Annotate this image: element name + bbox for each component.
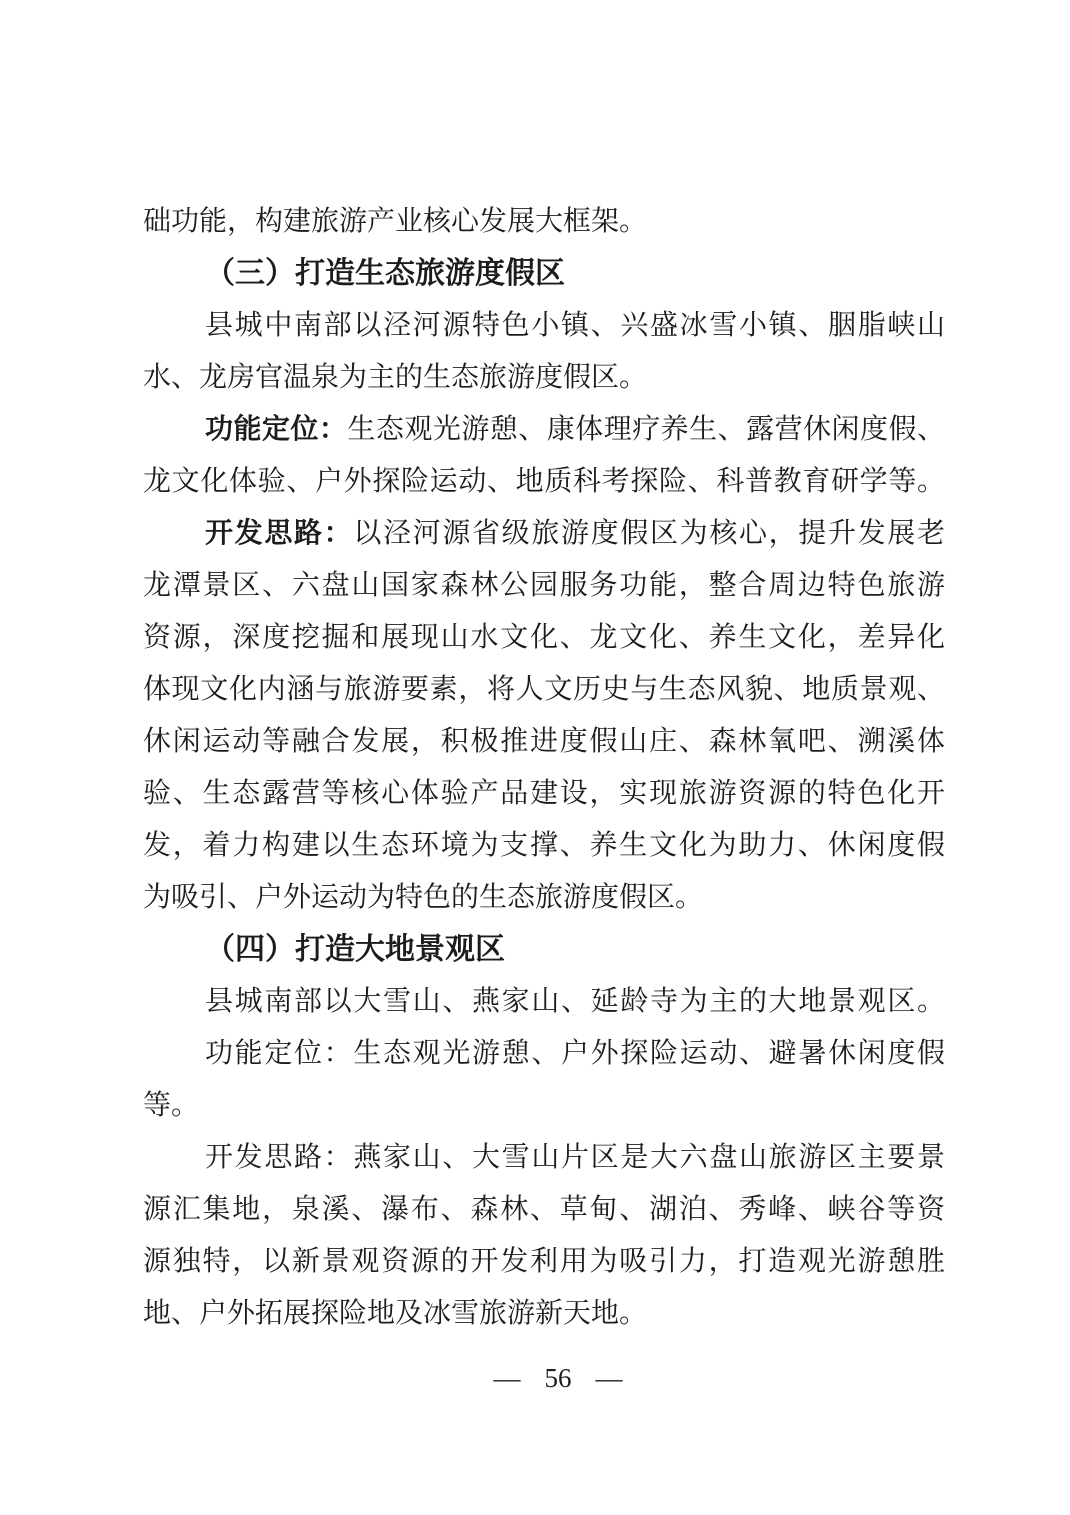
text-segment: 地、户外拓展探险地及冰雪旅游新天地。	[143, 1298, 647, 1329]
text-line: 源独特，以新景观资源的开发利用为吸引力，打造观光游憩胜	[143, 1236, 945, 1288]
text-line: 为吸引、户外运动为特色的生态旅游度假区。	[143, 872, 945, 924]
text-line: 龙潭景区、六盘山国家森林公园服务功能，整合周边特色旅游	[143, 560, 945, 612]
bold-segment: （三）打造生态旅游度假区	[205, 257, 565, 290]
heading-section-3: （三）打造生态旅游度假区	[143, 248, 945, 300]
text-segment: 为吸引、户外运动为特色的生态旅游度假区。	[143, 882, 703, 913]
text-line: 础功能，构建旅游产业核心发展大框架。	[143, 196, 945, 248]
text-segment: 以泾河源省级旅游度假区为核心，提升发展老	[353, 518, 945, 549]
bold-segment: （四）打造大地景观区	[205, 933, 505, 966]
text-segment: 源汇集地，泉溪、瀑布、森林、草甸、湖泊、秀峰、峡谷等资	[143, 1194, 945, 1225]
text-line: 功能定位：生态观光游憩、康体理疗养生、露营休闲度假、	[143, 404, 945, 456]
text-line: 开发思路：以泾河源省级旅游度假区为核心，提升发展老	[143, 508, 945, 560]
text-segment: 生态观光游憩、康体理疗养生、露营休闲度假、	[347, 414, 945, 445]
text-segment: 资源，深度挖掘和展现山水文化、龙文化、养生文化，差异化	[143, 622, 945, 653]
text-line: 资源，深度挖掘和展现山水文化、龙文化、养生文化，差异化	[143, 612, 945, 664]
footer-dash-left: —	[494, 1363, 521, 1393]
text-segment: 休闲运动等融合发展，积极推进度假山庄、森林氧吧、溯溪体	[143, 726, 945, 757]
text-line: 发，着力构建以生态环境为支撑、养生文化为助力、休闲度假	[143, 820, 945, 872]
document-page: 础功能，构建旅游产业核心发展大框架。（三）打造生态旅游度假区县城中南部以泾河源特…	[0, 0, 1070, 1515]
page-footer: —56—	[0, 1362, 1070, 1394]
heading-section-4: （四）打造大地景观区	[143, 924, 945, 976]
text-segment: 发，着力构建以生态环境为支撑、养生文化为助力、休闲度假	[143, 830, 945, 861]
text-line: 等。	[143, 1080, 945, 1132]
text-segment: 县城中南部以泾河源特色小镇、兴盛冰雪小镇、胭脂峡山	[205, 310, 945, 341]
text-segment: 县城南部以大雪山、燕家山、延龄寺为主的大地景观区。	[205, 986, 945, 1017]
text-segment: 龙潭景区、六盘山国家森林公园服务功能，整合周边特色旅游	[143, 570, 945, 601]
bold-segment: 功能定位：	[205, 414, 347, 445]
text-line: 水、龙房官温泉为主的生态旅游度假区。	[143, 352, 945, 404]
text-line: 县城中南部以泾河源特色小镇、兴盛冰雪小镇、胭脂峡山	[143, 300, 945, 352]
bold-segment: 开发思路：	[205, 518, 353, 549]
text-line: 开发思路：燕家山、大雪山片区是大六盘山旅游区主要景	[143, 1132, 945, 1184]
text-segment: 体现文化内涵与旅游要素，将人文历史与生态风貌、地质景观、	[143, 674, 945, 705]
text-segment: 等。	[143, 1090, 199, 1121]
text-line: 地、户外拓展探险地及冰雪旅游新天地。	[143, 1288, 945, 1340]
document-body: 础功能，构建旅游产业核心发展大框架。（三）打造生态旅游度假区县城中南部以泾河源特…	[143, 196, 945, 1340]
text-segment: 开发思路：燕家山、大雪山片区是大六盘山旅游区主要景	[205, 1142, 945, 1173]
text-segment: 础功能，构建旅游产业核心发展大框架。	[143, 206, 647, 237]
text-segment: 龙文化体验、户外探险运动、地质科考探险、科普教育研学等。	[143, 466, 945, 497]
text-line: 体现文化内涵与旅游要素，将人文历史与生态风貌、地质景观、	[143, 664, 945, 716]
text-segment: 水、龙房官温泉为主的生态旅游度假区。	[143, 362, 647, 393]
page-number: 56	[545, 1363, 572, 1393]
text-line: 休闲运动等融合发展，积极推进度假山庄、森林氧吧、溯溪体	[143, 716, 945, 768]
text-line: 源汇集地，泉溪、瀑布、森林、草甸、湖泊、秀峰、峡谷等资	[143, 1184, 945, 1236]
text-segment: 源独特，以新景观资源的开发利用为吸引力，打造观光游憩胜	[143, 1246, 945, 1277]
text-segment: 功能定位：生态观光游憩、户外探险运动、避暑休闲度假	[205, 1038, 945, 1069]
footer-dash-right: —	[596, 1363, 623, 1393]
text-line: 县城南部以大雪山、燕家山、延龄寺为主的大地景观区。	[143, 976, 945, 1028]
text-line: 功能定位：生态观光游憩、户外探险运动、避暑休闲度假	[143, 1028, 945, 1080]
text-line: 龙文化体验、户外探险运动、地质科考探险、科普教育研学等。	[143, 456, 945, 508]
text-line: 验、生态露营等核心体验产品建设，实现旅游资源的特色化开	[143, 768, 945, 820]
text-segment: 验、生态露营等核心体验产品建设，实现旅游资源的特色化开	[143, 778, 945, 809]
